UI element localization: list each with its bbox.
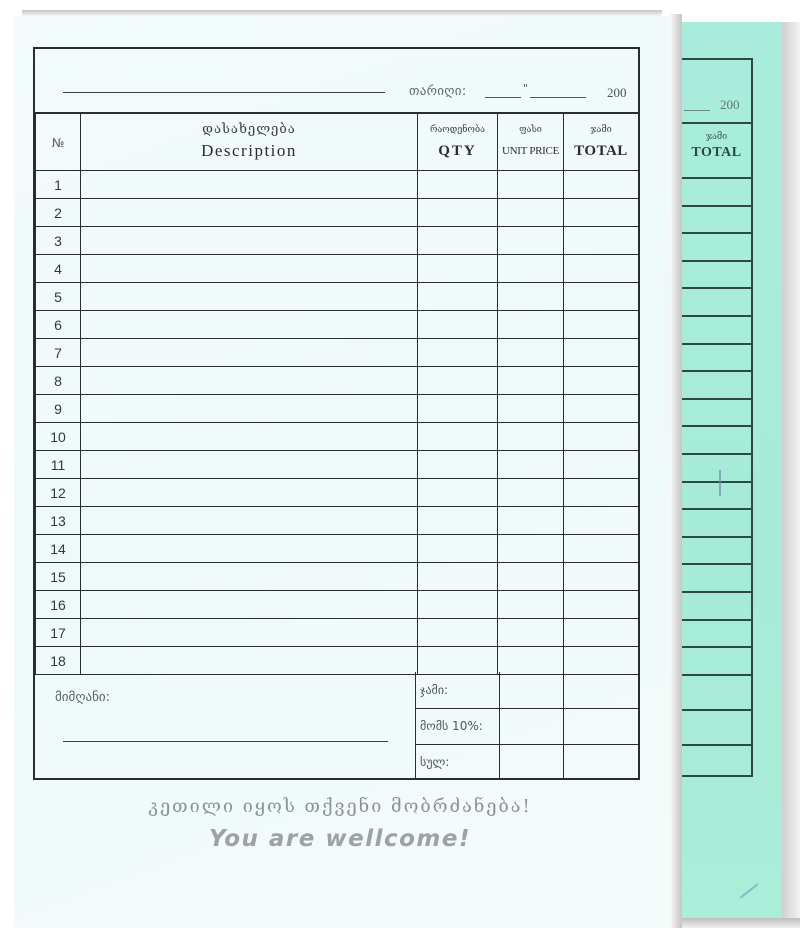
row-number: 2 <box>36 199 81 227</box>
row-number: 3 <box>36 227 81 255</box>
col-header-description: დასახელება Description <box>81 113 418 171</box>
unit-price-cell[interactable] <box>498 311 564 339</box>
row-number: 17 <box>36 619 81 647</box>
subtotal-label: ჯამი: <box>416 672 500 708</box>
sheet-gap-shadow <box>670 14 682 928</box>
description-cell[interactable] <box>81 619 418 647</box>
form-header: თარიღი: " 200 <box>35 49 638 114</box>
qty-cell[interactable] <box>418 199 498 227</box>
copy-row <box>682 621 751 649</box>
qty-cell[interactable] <box>418 591 498 619</box>
total-cell[interactable] <box>564 199 639 227</box>
table-header-row: № დასახელება Description რაოდენობა QTY ფ… <box>36 113 639 171</box>
qty-cell[interactable] <box>418 255 498 283</box>
copy-row <box>682 289 751 317</box>
unit-price-cell[interactable] <box>498 255 564 283</box>
description-cell[interactable] <box>81 227 418 255</box>
qty-cell[interactable] <box>418 535 498 563</box>
thank-you-georgian: კეთილი იყოს თქვენი მობრძანება! <box>130 796 550 817</box>
items-table: № დასახელება Description რაოდენობა QTY ფ… <box>35 112 639 675</box>
summary-row-vat: მომს 10%: <box>416 708 639 744</box>
grand-total-label: სულ: <box>416 744 500 780</box>
copy-row <box>682 565 751 593</box>
copy-row <box>682 400 751 428</box>
copy-row <box>682 262 751 290</box>
copy-row <box>682 593 751 621</box>
table-row: 7 <box>36 339 639 367</box>
total-cell[interactable] <box>564 647 639 675</box>
col-header-qty: რაოდენობა QTY <box>418 113 498 171</box>
total-cell[interactable] <box>564 395 639 423</box>
unit-price-cell[interactable] <box>498 563 564 591</box>
thank-you-english: You are wellcome! <box>130 826 550 852</box>
unit-price-cell[interactable] <box>498 535 564 563</box>
description-cell[interactable] <box>81 311 418 339</box>
table-row: 13 <box>36 507 639 535</box>
copy-sheet-edge <box>782 22 800 928</box>
unit-price-cell[interactable] <box>498 451 564 479</box>
table-row: 5 <box>36 283 639 311</box>
total-cell[interactable] <box>564 479 639 507</box>
unit-price-cell[interactable] <box>498 339 564 367</box>
copy-form: 200 ჯამი TOTAL <box>682 58 753 777</box>
unit-price-cell[interactable] <box>498 395 564 423</box>
table-row: 9 <box>36 395 639 423</box>
unit-price-ka: ფასი <box>498 122 563 138</box>
description-cell[interactable] <box>81 591 418 619</box>
qty-cell[interactable] <box>418 647 498 675</box>
row-number: 5 <box>36 283 81 311</box>
vat-cell-2[interactable] <box>564 708 639 744</box>
description-cell[interactable] <box>81 423 418 451</box>
vat-cell-1[interactable] <box>500 708 564 744</box>
copy-row <box>682 207 751 235</box>
row-number: 4 <box>36 255 81 283</box>
description-cell[interactable] <box>81 647 418 675</box>
copy-form-header: 200 <box>682 60 751 124</box>
copy-rows <box>682 179 751 781</box>
description-cell[interactable] <box>81 283 418 311</box>
subtotal-cell-1[interactable] <box>500 672 564 708</box>
total-cell[interactable] <box>564 171 639 199</box>
copy-row <box>682 179 751 207</box>
row-number: 1 <box>36 171 81 199</box>
qty-cell[interactable] <box>418 171 498 199</box>
qty-cell[interactable] <box>418 507 498 535</box>
summary-row-grand-total: სულ: <box>416 744 639 780</box>
row-number: 10 <box>36 423 81 451</box>
copy-year-prefix: 200 <box>720 97 740 113</box>
year-prefix: 200 <box>607 85 627 101</box>
total-cell[interactable] <box>564 591 639 619</box>
total-cell[interactable] <box>564 339 639 367</box>
date-month-field[interactable] <box>530 97 586 98</box>
copy-row <box>682 510 751 538</box>
description-en: Description <box>81 141 417 161</box>
copy-row <box>682 483 751 511</box>
qty-cell[interactable] <box>418 563 498 591</box>
description-cell[interactable] <box>81 479 418 507</box>
qty-cell[interactable] <box>418 367 498 395</box>
items-body: 123456789101112131415161718 <box>36 171 639 675</box>
description-cell[interactable] <box>81 535 418 563</box>
description-cell[interactable] <box>81 563 418 591</box>
company-name-line[interactable] <box>63 92 385 93</box>
unit-price-cell[interactable] <box>498 619 564 647</box>
description-cell[interactable] <box>81 507 418 535</box>
copy-row <box>682 372 751 400</box>
total-cell[interactable] <box>564 227 639 255</box>
copy-sheet-bottom-shadow <box>682 918 800 928</box>
table-row: 15 <box>36 563 639 591</box>
summary-table: ჯამი: მომს 10%: სულ: <box>415 672 639 780</box>
table-row: 3 <box>36 227 639 255</box>
table-row: 18 <box>36 647 639 675</box>
table-row: 14 <box>36 535 639 563</box>
qty-cell[interactable] <box>418 339 498 367</box>
row-number: 7 <box>36 339 81 367</box>
col-header-unit-price: ფასი UNIT PRICE <box>498 113 564 171</box>
row-number: 12 <box>36 479 81 507</box>
total-cell[interactable] <box>564 311 639 339</box>
description-cell[interactable] <box>81 451 418 479</box>
copy-row <box>682 234 751 262</box>
grand-total-cell-2[interactable] <box>564 744 639 780</box>
unit-price-cell[interactable] <box>498 479 564 507</box>
table-row: 17 <box>36 619 639 647</box>
date-day-field[interactable] <box>485 97 521 98</box>
unit-price-cell[interactable] <box>498 507 564 535</box>
unit-price-cell[interactable] <box>498 199 564 227</box>
copy-row <box>682 455 751 483</box>
copy-total-en: TOTAL <box>682 145 751 161</box>
table-row: 4 <box>36 255 639 283</box>
vat-label: მომს 10%: <box>416 708 500 744</box>
table-row: 8 <box>36 367 639 395</box>
grand-total-cell-1[interactable] <box>500 744 564 780</box>
row-number: 11 <box>36 451 81 479</box>
description-cell[interactable] <box>81 255 418 283</box>
col-header-number: № <box>36 113 81 171</box>
unit-price-cell[interactable] <box>498 423 564 451</box>
unit-price-cell[interactable] <box>498 591 564 619</box>
description-cell[interactable] <box>81 199 418 227</box>
qty-cell[interactable] <box>418 479 498 507</box>
copy-total-ka: ჯამი <box>682 132 751 142</box>
buyer-label: მიმღანი: <box>55 690 110 705</box>
row-number: 13 <box>36 507 81 535</box>
invoice-form: თარიღი: " 200 № დასახელება Description რ… <box>33 47 640 780</box>
description-cell[interactable] <box>81 171 418 199</box>
number-symbol: № <box>52 136 64 150</box>
row-number: 14 <box>36 535 81 563</box>
table-row: 6 <box>36 311 639 339</box>
qty-cell[interactable] <box>418 451 498 479</box>
qty-cell[interactable] <box>418 311 498 339</box>
description-cell[interactable] <box>81 367 418 395</box>
table-row: 11 <box>36 451 639 479</box>
table-row: 1 <box>36 171 639 199</box>
row-number: 16 <box>36 591 81 619</box>
total-cell[interactable] <box>564 283 639 311</box>
unit-price-cell[interactable] <box>498 647 564 675</box>
table-row: 12 <box>36 479 639 507</box>
unit-price-en: UNIT PRICE <box>498 141 563 161</box>
copy-footer-row <box>682 676 751 711</box>
description-ka: დასახელება <box>81 122 417 138</box>
col-header-total: ჯამი TOTAL <box>564 113 639 171</box>
qty-cell[interactable] <box>418 283 498 311</box>
buyer-signature-line[interactable] <box>63 741 388 742</box>
total-cell[interactable] <box>564 619 639 647</box>
table-row: 16 <box>36 591 639 619</box>
qty-cell[interactable] <box>418 227 498 255</box>
total-cell[interactable] <box>564 535 639 563</box>
total-cell[interactable] <box>564 563 639 591</box>
total-cell[interactable] <box>564 367 639 395</box>
unit-price-cell[interactable] <box>498 367 564 395</box>
unit-price-cell[interactable] <box>498 283 564 311</box>
pen-mark <box>719 470 721 496</box>
description-cell[interactable] <box>81 339 418 367</box>
copy-date-line <box>684 110 710 111</box>
total-cell[interactable] <box>564 507 639 535</box>
total-cell[interactable] <box>564 451 639 479</box>
form-footer: მიმღანი: ჯამი: მომს 10%: სულ: <box>35 672 638 780</box>
unit-price-cell[interactable] <box>498 227 564 255</box>
total-en: TOTAL <box>564 141 638 161</box>
qty-cell[interactable] <box>418 423 498 451</box>
date-label: თარიღი: <box>409 84 467 99</box>
table-row: 2 <box>36 199 639 227</box>
summary-row-subtotal: ჯამი: <box>416 672 639 708</box>
total-cell[interactable] <box>564 255 639 283</box>
copy-row <box>682 427 751 455</box>
copy-footer-row <box>682 746 751 781</box>
qty-en: QTY <box>418 141 497 161</box>
subtotal-cell-2[interactable] <box>564 672 639 708</box>
unit-price-cell[interactable] <box>498 171 564 199</box>
copy-row <box>682 538 751 566</box>
copy-footer-row <box>682 711 751 746</box>
row-number: 6 <box>36 311 81 339</box>
row-number: 15 <box>36 563 81 591</box>
row-number: 8 <box>36 367 81 395</box>
copy-row <box>682 345 751 373</box>
qty-cell[interactable] <box>418 619 498 647</box>
copy-col-header-total: ჯამი TOTAL <box>682 124 751 179</box>
row-number: 9 <box>36 395 81 423</box>
table-row: 10 <box>36 423 639 451</box>
row-number: 18 <box>36 647 81 675</box>
qty-cell[interactable] <box>418 395 498 423</box>
description-cell[interactable] <box>81 395 418 423</box>
copy-row <box>682 648 751 676</box>
total-ka: ჯამი <box>564 122 638 138</box>
qty-ka: რაოდენობა <box>418 122 497 138</box>
total-cell[interactable] <box>564 423 639 451</box>
date-separator: " <box>523 82 528 95</box>
copy-row <box>682 317 751 345</box>
